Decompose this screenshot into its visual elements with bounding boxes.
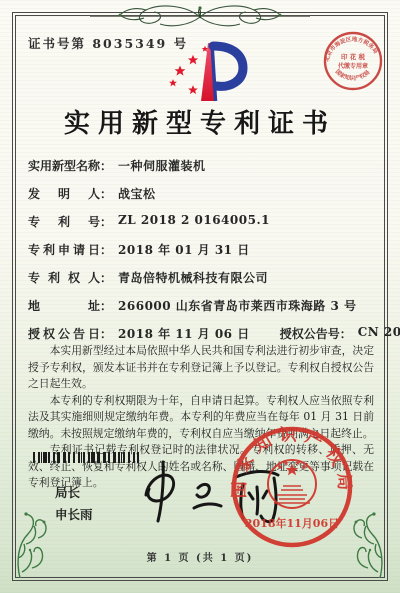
field-colon: ： xyxy=(100,297,112,314)
field-colon: ： xyxy=(100,241,112,258)
field-label: 发明人 xyxy=(28,185,100,202)
field-row-address: 地址： 266000 山东省青岛市莱西市珠海路 3 号 xyxy=(28,297,374,325)
field-row-inventor: 发明人： 战宝松 xyxy=(28,185,374,213)
field-grant-number: 授权公告号： CN 208053691 U xyxy=(280,325,400,342)
field-label: 授权公告日 xyxy=(28,325,100,342)
corner-flourish-left xyxy=(14,510,76,580)
field-value-utility-model-name: 一种伺服灌装机 xyxy=(118,157,206,174)
field-label: 专利申请日 xyxy=(28,241,100,258)
field-colon: ： xyxy=(100,325,112,342)
field-value-grant-date: 2018 年 11 月 06 日 xyxy=(118,325,250,342)
cnipa-logo xyxy=(160,38,250,106)
svg-text:国家知识产权局: 国家知识产权局 xyxy=(230,425,355,498)
field-row-utility-model-name: 实用新型名称： 一种伺服灌装机 xyxy=(28,157,374,185)
field-value-patentee: 青岛倍特机械科技有限公司 xyxy=(118,269,268,286)
top-flourish-ornament xyxy=(90,1,310,31)
field-value-address: 266000 山东省青岛市莱西市珠海路 3 号 xyxy=(118,297,356,314)
seal-ring-text: 国家知识产权局 xyxy=(230,425,355,498)
field-label: 专利权人 xyxy=(28,269,100,286)
field-colon: ： xyxy=(100,213,112,230)
field-colon: ： xyxy=(100,185,112,202)
corner-flourish-right xyxy=(324,510,386,580)
legal-paragraph-1: 本实用新型经过本局依照中华人民共和国专利法进行初步审查，决定授予专利权，颁发本证… xyxy=(28,343,374,393)
field-label: 地址 xyxy=(28,297,100,314)
field-value-grant-number: CN 208053691 U xyxy=(358,325,400,342)
field-value-filing-date: 2018 年 01 月 31 日 xyxy=(118,241,250,258)
certificate-title: 实用新型专利证书 xyxy=(0,103,400,140)
field-label: 专利号 xyxy=(28,213,100,230)
field-label: 实用新型名称 xyxy=(28,157,100,174)
certificate-fields: 实用新型名称： 一种伺服灌装机 发明人： 战宝松 专利号： ZL 2018 2 … xyxy=(28,157,374,353)
patent-certificate-page: 证书号第 8035349 号 北京市海淀区地方税务局 国家知识产权局 印 花 xyxy=(0,0,400,593)
stamp-center-line2: 代缴专用章 xyxy=(338,62,368,70)
field-row-patent-number: 专利号： ZL 2018 2 0164005.1 xyxy=(28,213,374,241)
stamp-duty-seal: 北京市海淀区地方税务局 国家知识产权局 印 花 税 代缴专用章 xyxy=(322,30,384,92)
field-colon: ： xyxy=(340,325,352,342)
field-label: 授权公告号 xyxy=(280,325,340,342)
field-row-filing-date: 专利申请日： 2018 年 01 月 31 日 xyxy=(28,241,374,269)
signer-title: 局长 xyxy=(55,482,93,504)
field-colon: ： xyxy=(100,269,112,286)
field-value-inventor: 战宝松 xyxy=(118,185,156,202)
stamp-center-line1: 印 花 税 xyxy=(341,52,366,61)
field-row-patentee: 专利权人： 青岛倍特机械科技有限公司 xyxy=(28,269,374,297)
field-colon: ： xyxy=(100,157,112,174)
field-value-patent-number: ZL 2018 2 0164005.1 xyxy=(118,213,270,227)
